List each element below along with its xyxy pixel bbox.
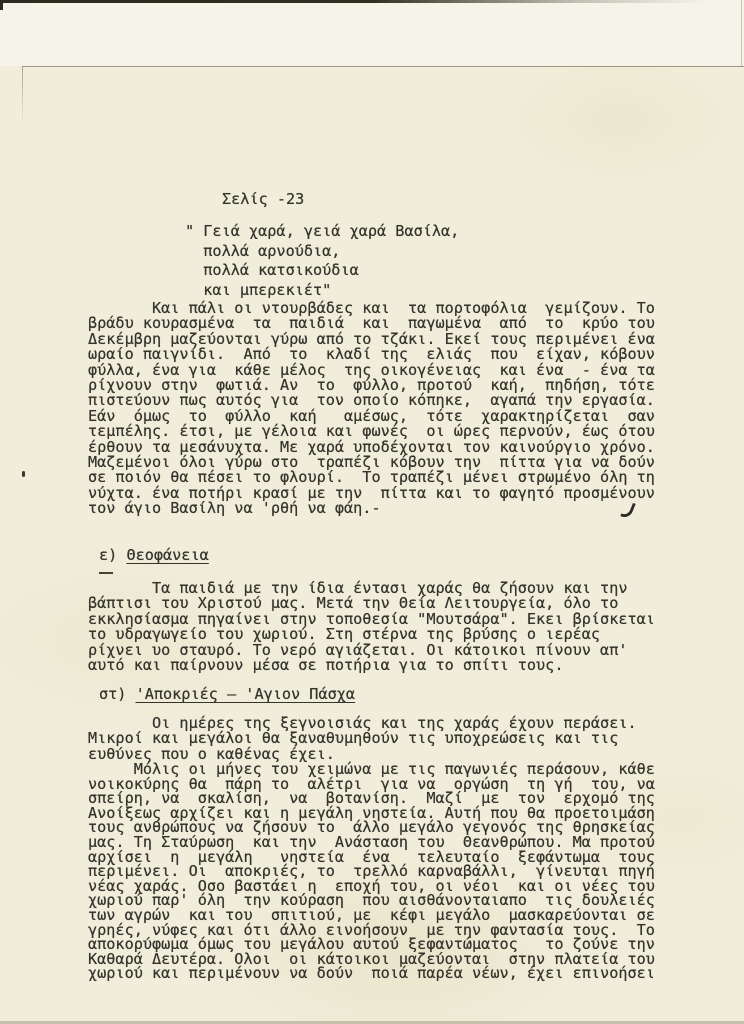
- scanned-document-page: Σελίς -23 " Γειά χαρά, γειά χαρά Βασίλα,…: [0, 0, 744, 1024]
- page-edge-line-vertical: [22, 66, 23, 126]
- scan-top-edge: [0, 0, 744, 3]
- scan-background-band: [0, 0, 744, 66]
- section-heading-apokries: στ) 'Αποκριές — 'Αγιον Πάσχα: [99, 687, 355, 702]
- ink-dot: [468, 941, 470, 944]
- page-number: Σελίς -23: [222, 192, 304, 207]
- apokries-paragraph-2: Μόλις οι μήνες του χειμώνα με τις παγωνι…: [88, 762, 655, 981]
- theofania-paragraph: Τα παιδιά με την ίδια έντασι χαράς θα ζή…: [88, 581, 655, 673]
- section-marker: ε): [99, 546, 126, 564]
- ink-speck: [22, 471, 25, 477]
- intro-paragraph: Και πάλι οι ντουρβάδες και τα πορτοφόλια…: [88, 301, 655, 517]
- page-edge-line-horizontal: [22, 66, 744, 67]
- apokries-paragraph-1: Οι ημέρες της ξεγνοισιάς και της χαράς έ…: [88, 716, 637, 762]
- section-heading-theofania: ε) Θεοφάνεια: [99, 548, 209, 563]
- section-title: Θεοφάνεια: [126, 546, 208, 564]
- section-marker: στ): [99, 685, 136, 703]
- section-title: 'Αποκριές — 'Αγιον Πάσχα: [136, 685, 355, 703]
- folk-verse: " Γειά χαρά, γειά χαρά Βασίλα, πολλά αρν…: [185, 222, 459, 300]
- scan-corner-shadow: [0, 0, 3, 10]
- stray-dash-mark: [99, 572, 113, 574]
- page-edge-line-right: [741, 0, 742, 66]
